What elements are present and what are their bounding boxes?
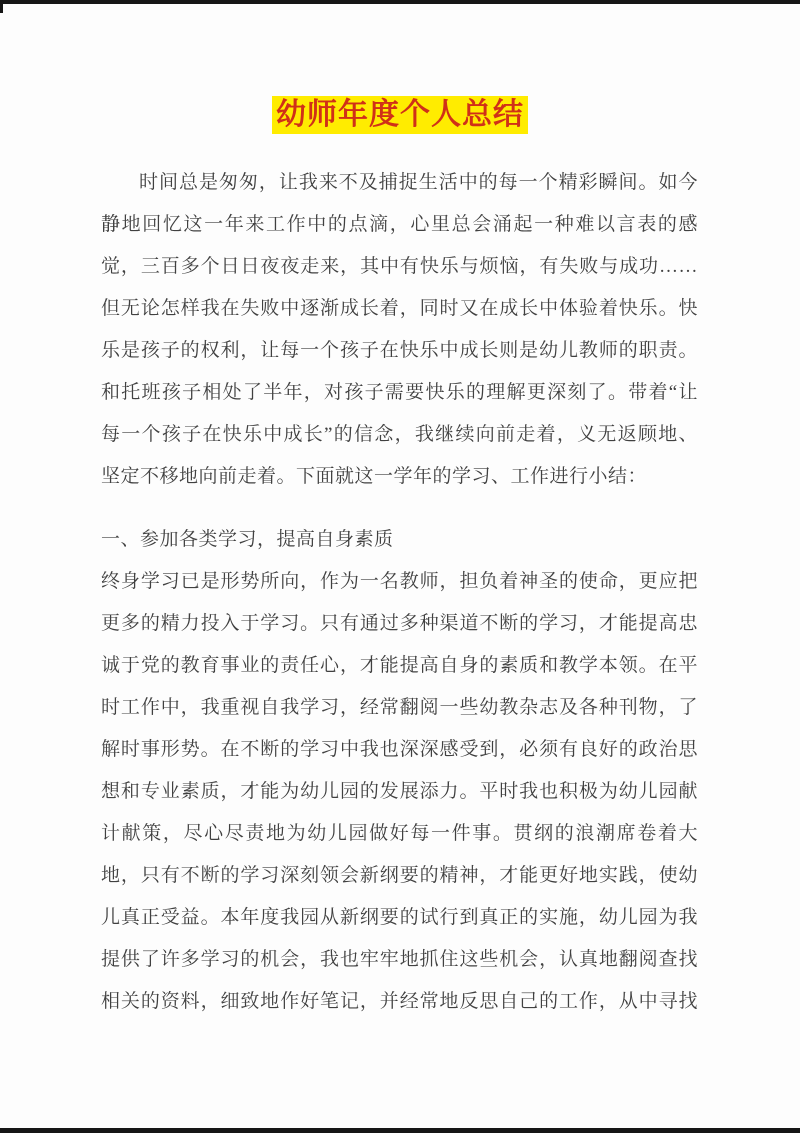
- paragraph-1-line-7: 每一个孩子在快乐中成长”的信念，我继续向前走着，义无返顾地、: [101, 414, 698, 456]
- section-1-paragraph-line-1: 终身学习已是形势所向，作为一名教师，担负着神圣的使命，更应把: [101, 561, 698, 603]
- document-page: 幼师年度个人总结 时间总是匆匆，让我来不及捕捉生活中的每一个精彩瞬间。如今静静地…: [0, 0, 800, 1133]
- section-1-paragraph-line-4: 时工作中，我重视自我学习，经常翻阅一些幼教杂志及各种刊物，了: [101, 687, 698, 729]
- top-edge-bar: [0, 0, 800, 4]
- paragraph-1-line-8: 坚定不移地向前走着。下面就这一学年的学习、工作进行小结：: [101, 456, 698, 498]
- section-1-paragraph-line-11: 相关的资料，细致地作好笔记，并经常地反思自己的工作，从中寻找: [101, 981, 698, 1023]
- section-1-paragraph-line-5: 解时事形势。在不断的学习中我也深深感受到，必须有良好的政治思: [101, 729, 698, 771]
- section-1-heading-line-1: 一、参加各类学习，提高自身素质: [101, 519, 698, 561]
- document-title-text: 幼师年度个人总结: [272, 96, 528, 134]
- paragraph-1-line-4: 但无论怎样我在失败中逐渐成长着，同时又在成长中体验着快乐。快: [101, 288, 698, 330]
- paragraph-1-line-1: 时间总是匆匆，让我来不及捕捉生活中的每一个精彩瞬间。如今静: [101, 162, 698, 204]
- section-1-paragraph-line-10: 提供了许多学习的机会，我也牢牢地抓住这些机会，认真地翻阅查找: [101, 939, 698, 981]
- paragraph-1-line-6: 和托班孩子相处了半年，对孩子需要快乐的理解更深刻了。带着“让: [101, 372, 698, 414]
- paragraph-1-line-2: 静地回忆这一年来工作中的点滴，心里总会涌起一种难以言表的感: [101, 204, 698, 246]
- bottom-edge-bar: [0, 1128, 800, 1133]
- section-1-paragraph-line-2: 更多的精力投入于学习。只有通过多种渠道不断的学习，才能提高忠: [101, 603, 698, 645]
- section-1-paragraph-line-7: 计献策，尽心尽责地为幼儿园做好每一件事。贯纲的浪潮席卷着大: [101, 813, 698, 855]
- document-body: 时间总是匆匆，让我来不及捕捉生活中的每一个精彩瞬间。如今静静地回忆这一年来工作中…: [101, 162, 698, 1023]
- paragraph-1-line-5: 乐是孩子的权利，让每一个孩子在快乐中成长则是幼儿教师的职责。: [101, 330, 698, 372]
- top-left-corner-mark: [0, 0, 3, 13]
- section-1-paragraph-line-9: 儿真正受益。本年度我园从新纲要的试行到真正的实施，幼儿园为我: [101, 897, 698, 939]
- section-1-paragraph-line-8: 地，只有不断的学习深刻领会新纲要的精神，才能更好地实践，使幼: [101, 855, 698, 897]
- section-1-paragraph-line-6: 想和专业素质，才能为幼儿园的发展添力。平时我也积极为幼儿园献: [101, 771, 698, 813]
- section-1-paragraph-line-3: 诚于党的教育事业的责任心，才能提高自身的素质和教学本领。在平: [101, 645, 698, 687]
- document-title: 幼师年度个人总结: [0, 96, 800, 134]
- paragraph-1-line-3: 觉，三百多个日日夜夜走来，其中有快乐与烦恼，有失败与成功……: [101, 246, 698, 288]
